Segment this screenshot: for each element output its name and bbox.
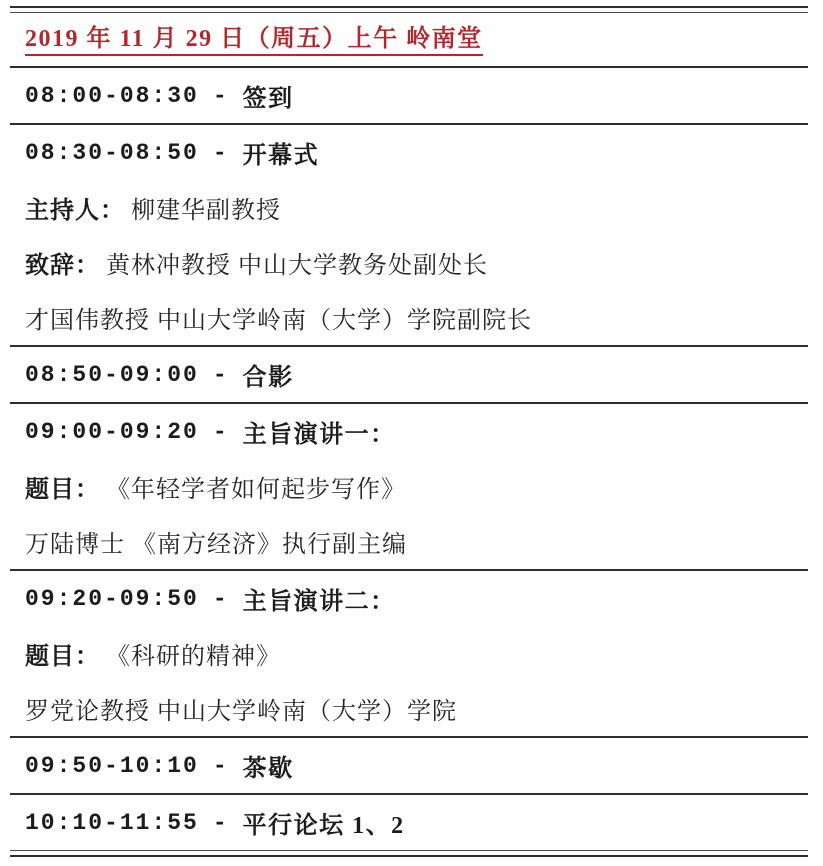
conference-schedule-document: 2019 年 11 月 29 日（周五）上午 岭南堂 08:00-08:30-签… [0,0,823,866]
time-title-dash: - [213,140,227,166]
event-title: 平行论坛 1、2 [243,805,405,840]
time-title-dash: - [213,83,227,109]
detail-label: 致辞： [25,245,100,280]
detail-text: 《科研的精神》 [106,636,281,671]
event-time: 08:30-08:50 [25,140,199,166]
detail-label: 主持人： [25,190,125,225]
schedule-row: 09:00-09:20-主旨演讲一：题目：《年轻学者如何起步写作》万陆博士 《南… [0,404,823,569]
detail-text: 黄林冲教授 中山大学教务处副处长 [106,245,488,280]
detail-line: 罗党论教授 中山大学岭南（大学）学院 [0,681,823,736]
schedule-row: 09:20-09:50-主旨演讲二：题目：《科研的精神》罗党论教授 中山大学岭南… [0,571,823,736]
detail-line: 万陆博士 《南方经济》执行副主编 [0,514,823,569]
event-line: 09:00-09:20-主旨演讲一： [0,404,823,459]
event-title: 开幕式 [243,135,320,170]
event-line: 09:50-10:10-茶歇 [0,738,823,793]
event-time: 08:00-08:30 [25,83,199,109]
time-title-dash: - [213,753,227,779]
schedule-row: 09:50-10:10-茶歇 [0,738,823,793]
event-title: 主旨演讲二： [243,581,396,616]
event-time: 09:20-09:50 [25,586,199,612]
event-line: 10:10-11:55-平行论坛 1、2 [0,795,823,850]
schedule-rows: 08:00-08:30-签到08:30-08:50-开幕式主持人：柳建华副教授致… [0,66,823,850]
detail-line: 主持人：柳建华副教授 [0,180,823,235]
top-double-border [10,6,808,13]
detail-text: 柳建华副教授 [131,190,281,225]
event-title: 茶歇 [243,748,294,783]
schedule-row: 08:50-09:00-合影 [0,347,823,402]
detail-line: 题目：《年轻学者如何起步写作》 [0,459,823,514]
detail-line: 题目：《科研的精神》 [0,626,823,681]
time-title-dash: - [213,586,227,612]
schedule-date-heading: 2019 年 11 月 29 日（周五）上午 岭南堂 [25,26,483,56]
schedule-header-row: 2019 年 11 月 29 日（周五）上午 岭南堂 [0,13,823,66]
event-line: 08:00-08:30-签到 [0,68,823,123]
detail-text: 才国伟教授 中山大学岭南（大学）学院副院长 [25,300,532,335]
time-title-dash: - [213,419,227,445]
event-line: 09:20-09:50-主旨演讲二： [0,571,823,626]
detail-text: 万陆博士 《南方经济》执行副主编 [25,524,407,559]
detail-line: 才国伟教授 中山大学岭南（大学）学院副院长 [0,290,823,345]
event-title: 主旨演讲一： [243,414,396,449]
schedule-row: 08:00-08:30-签到 [0,68,823,123]
detail-label: 题目： [25,469,100,504]
event-title: 签到 [243,78,294,113]
event-time: 08:50-09:00 [25,362,199,388]
detail-line: 致辞：黄林冲教授 中山大学教务处副处长 [0,235,823,290]
event-title: 合影 [243,357,294,392]
time-title-dash: - [213,362,227,388]
event-time: 10:10-11:55 [25,810,199,836]
event-line: 08:30-08:50-开幕式 [0,125,823,180]
detail-label: 题目： [25,636,100,671]
detail-text: 罗党论教授 中山大学岭南（大学）学院 [25,691,457,726]
event-line: 08:50-09:00-合影 [0,347,823,402]
event-time: 09:00-09:20 [25,419,199,445]
time-title-dash: - [213,810,227,836]
bottom-double-border [10,850,808,857]
event-time: 09:50-10:10 [25,753,199,779]
detail-text: 《年轻学者如何起步写作》 [106,469,406,504]
schedule-row: 10:10-11:55-平行论坛 1、2 [0,795,823,850]
schedule-row: 08:30-08:50-开幕式主持人：柳建华副教授致辞：黄林冲教授 中山大学教务… [0,125,823,345]
